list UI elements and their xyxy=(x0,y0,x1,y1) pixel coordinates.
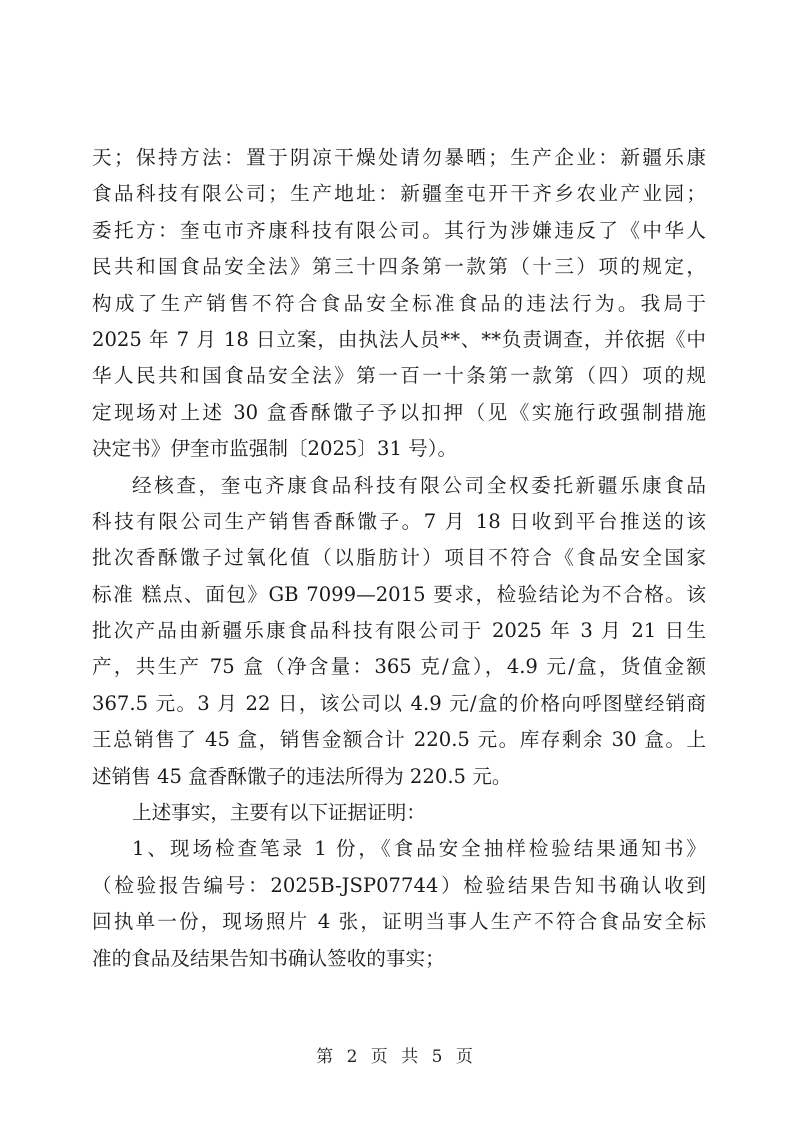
text-line: 上述事实，主要有以下证据证明： xyxy=(92,795,706,831)
text-line: 民共和国食品安全法》第三十四条第一款第（十三）项的规定， xyxy=(92,249,706,285)
text-line: 构成了生产销售不符合食品安全标准食品的违法行为。我局于 xyxy=(92,286,706,322)
text-line: 委托方：奎屯市齐康科技有限公司。其行为涉嫌违反了《中华人 xyxy=(92,213,706,249)
text-line: 食品科技有限公司；生产地址：新疆奎屯开干齐乡农业产业园； xyxy=(92,176,706,212)
text-line: 天；保持方法：置于阴凉干燥处请勿暴晒；生产企业：新疆乐康 xyxy=(92,140,706,176)
text-line: 2025 年 7 月 18 日立案，由执法人员**、**负责调查，并依据《中 xyxy=(92,322,706,358)
paragraph-case-facts: 天；保持方法：置于阴凉干燥处请勿暴晒；生产企业：新疆乐康 食品科技有限公司；生产… xyxy=(92,140,706,468)
paragraph-findings: 经核查，奎屯齐康食品科技有限公司全权委托新疆乐康食品 科技有限公司生产销售香酥馓… xyxy=(92,468,706,796)
document-body: 天；保持方法：置于阴凉干燥处请勿暴晒；生产企业：新疆乐康 食品科技有限公司；生产… xyxy=(92,140,706,977)
text-line: 经核查，奎屯齐康食品科技有限公司全权委托新疆乐康食品 xyxy=(92,468,706,504)
text-line: 王总销售了 45 盒，销售金额合计 220.5 元。库存剩余 30 盒。上 xyxy=(92,722,706,758)
text-line: 华人民共和国食品安全法》第一百一十条第一款第（四）项的规 xyxy=(92,358,706,394)
text-line: 标准 糕点、面包》GB 7099—2015 要求，检验结论为不合格。该 xyxy=(92,577,706,613)
paragraph-evidence-item-1: 1、现场检查笔录 1 份，《食品安全抽样检验结果通知书》 （检验报告编号：202… xyxy=(92,831,706,977)
text-line: 科技有限公司生产销售香酥馓子。7 月 18 日收到平台推送的该 xyxy=(92,504,706,540)
text-line: 批次香酥馓子过氧化值（以脂肪计）项目不符合《食品安全国家 xyxy=(92,540,706,576)
text-line: 产，共生产 75 盒（净含量：365 克/盒），4.9 元/盒，货值金额 xyxy=(92,649,706,685)
text-line: 367.5 元。3 月 22 日，该公司以 4.9 元/盒的价格向呼图壁经销商 xyxy=(92,686,706,722)
document-page: 天；保持方法：置于阴凉干燥处请勿暴晒；生产企业：新疆乐康 食品科技有限公司；生产… xyxy=(0,0,793,1122)
page-number-footer: 第 2 页 共 5 页 xyxy=(0,1042,793,1067)
text-line: 批次产品由新疆乐康食品科技有限公司于 2025 年 3 月 21 日生 xyxy=(92,613,706,649)
text-line: 述销售 45 盒香酥馓子的违法所得为 220.5 元。 xyxy=(92,759,706,795)
text-line: 准的食品及结果告知书确认签收的事实； xyxy=(92,941,706,977)
text-line: 1、现场检查笔录 1 份，《食品安全抽样检验结果通知书》 xyxy=(92,831,706,867)
paragraph-evidence-intro: 上述事实，主要有以下证据证明： xyxy=(92,795,706,831)
text-line: 决定书》伊奎市监强制〔2025〕31 号）。 xyxy=(92,431,706,467)
text-line: （检验报告编号：2025B-JSP07744）检验结果告知书确认收到 xyxy=(92,868,706,904)
text-line: 回执单一份，现场照片 4 张，证明当事人生产不符合食品安全标 xyxy=(92,904,706,940)
text-line: 定现场对上述 30 盒香酥馓子予以扣押（见《实施行政强制措施 xyxy=(92,395,706,431)
